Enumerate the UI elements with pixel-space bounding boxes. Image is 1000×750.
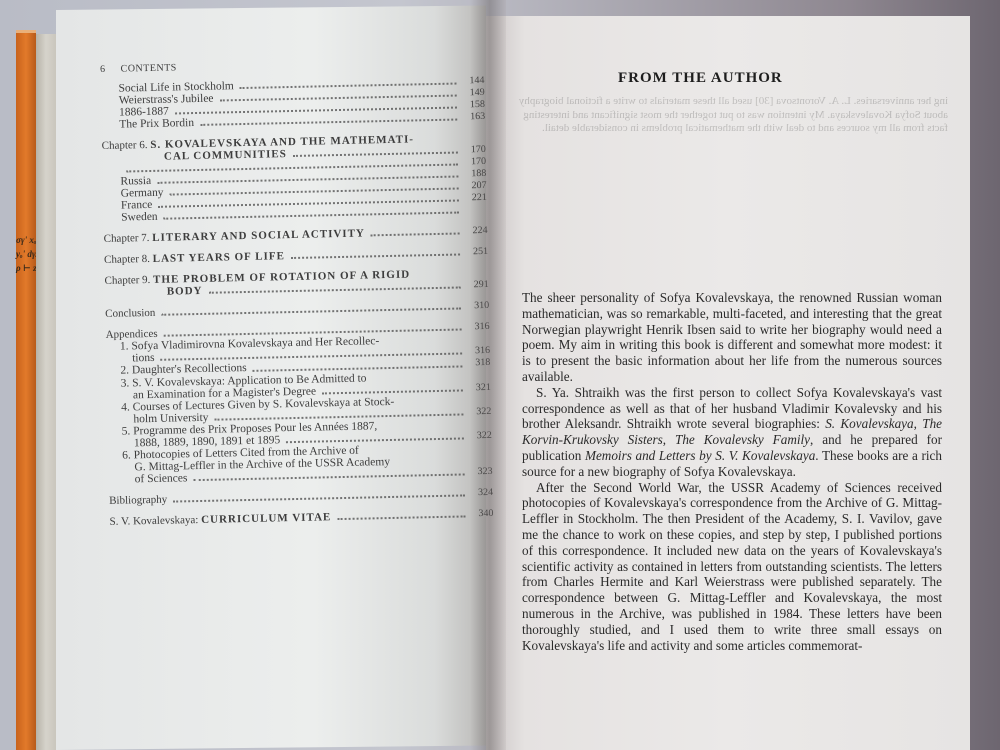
toc-chapter-8: Chapter 8. LAST YEARS OF LIFE251	[104, 246, 488, 266]
book-cover-edge: σγ' xₒ' yₒ' dγ/dt ρ ⊢ z	[16, 30, 36, 750]
toc-conclusion: Conclusion310	[105, 300, 489, 320]
table-of-contents: 6 CONTENTS Social Life in Stockholm144 W…	[100, 56, 494, 527]
appendix-item: 6. Photocopies of Letters Cited from the…	[108, 441, 493, 485]
preface-body: The sheer personality of Sofya Kovalevsk…	[522, 290, 942, 653]
toc-chapter-7: Chapter 7. LITERARY AND SOCIAL ACTIVITY2…	[104, 225, 488, 245]
page-number: 6	[100, 64, 106, 75]
endpaper	[36, 34, 56, 750]
show-through-text: ing her anniversaries. L. A. Vorontsova …	[508, 95, 948, 136]
toc-chapter-9: Chapter 9. THE PROBLEM OF ROTATION OF A …	[104, 267, 488, 299]
toc-bibliography: Bibliography324	[109, 486, 493, 506]
running-head-title: CONTENTS	[120, 62, 176, 74]
book-gutter-shadow	[470, 0, 506, 750]
paragraph: S. Ya. Shtraikh was the first person to …	[522, 385, 942, 480]
paragraph: After the Second World War, the USSR Aca…	[522, 480, 942, 654]
paragraph: The sheer personality of Sofya Kovalevsk…	[522, 290, 942, 385]
section-heading: FROM THE AUTHOR	[618, 70, 783, 87]
